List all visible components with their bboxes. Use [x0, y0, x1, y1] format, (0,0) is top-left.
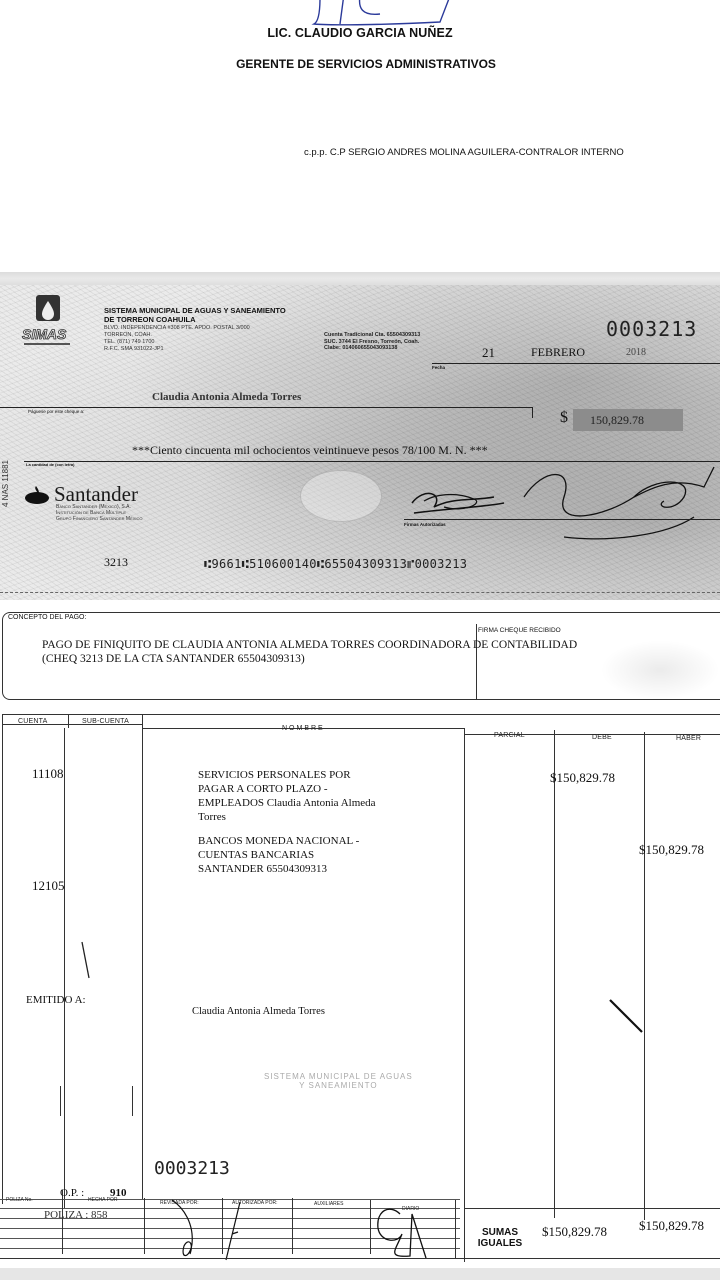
date-line [432, 363, 720, 364]
voucher-check-number: 0003213 [154, 1158, 230, 1179]
col-line [142, 714, 143, 1200]
total-haber: $150,829.78 [639, 1218, 704, 1234]
payee-label: Páguese por este cheque a: [28, 409, 84, 414]
date-day: 21 [482, 345, 495, 361]
amount-words-label: La cantidad de (con letra) [26, 462, 74, 467]
concept-label: CONCEPTO DEL PAGO: [8, 614, 86, 621]
op-label: O.P. : [60, 1187, 84, 1199]
col-line [554, 730, 555, 1218]
col-line [644, 732, 645, 1220]
table-top-border [2, 714, 720, 715]
page-bottom-edge [0, 1268, 720, 1280]
date-label: Fecha [432, 365, 445, 370]
col-line [64, 728, 65, 1208]
svg-text:SIMAS: SIMAS [22, 326, 67, 342]
poliza-no-label: POLIZA No. [6, 1197, 33, 1203]
row2-cuenta: 12105 [32, 878, 65, 894]
amount-numeric: 150,829.78 [590, 413, 644, 428]
payment-voucher: CONCEPTO DEL PAGO: FIRMA CHEQUE RECIBIDO… [0, 600, 720, 1280]
payee-name: Claudia Antonia Almeda Torres [152, 391, 301, 403]
totals-top-line [464, 1208, 720, 1209]
totals-left-line [464, 1208, 465, 1262]
currency-symbol: $ [560, 409, 568, 427]
carbon-copy-line: c.p.p. C.P SERGIO ANDRES MOLINA AGUILERA… [304, 147, 624, 158]
grid-line [132, 1086, 133, 1116]
micr-check-ref: 3213 [104, 555, 128, 570]
grid-col-line [455, 1200, 456, 1258]
issuer-logo: SIMAS [18, 293, 76, 353]
signer-name: LIC. CLAUDIO GARCIA NUÑEZ [0, 26, 720, 40]
watermark-seal [300, 470, 382, 522]
grid-line [60, 1086, 61, 1116]
total-debe: $150,829.78 [542, 1224, 607, 1240]
page-separator [0, 272, 720, 285]
signer-title: GERENTE DE SERVICIOS ADMINISTRATIVOS [0, 57, 720, 71]
pen-mark [80, 940, 92, 982]
issued-to-label: EMITIDO A: [26, 994, 86, 1006]
account-info: Cuenta Tradicional Cta. 65504309313 SUC.… [324, 332, 420, 352]
pen-mark [606, 996, 646, 1036]
bank-check: SIMAS SISTEMA MUNICIPAL DE AGUAS Y SANEA… [0, 285, 720, 600]
bank-legal: Banco Santander (México), S.A. Instituci… [56, 504, 143, 522]
header-nombre: NOMBRE [282, 725, 325, 732]
signatures-label: Firmas Autorizadas [404, 522, 446, 527]
col-line [68, 714, 69, 728]
faded-stamp: SISTEMA MUNICIPAL DE AGUAS Y SANEAMIENTO [264, 1072, 413, 1090]
perforation-line [0, 592, 720, 593]
voucher-bottom-border [0, 1258, 720, 1259]
issuer-address: BLVD. INDEPENDENCIA #308 PTE. APDO. POST… [104, 325, 284, 353]
header-debe: DEBE [592, 734, 612, 741]
signature-received-label: FIRMA CHEQUE RECIBIDO [478, 627, 561, 634]
col-line [2, 714, 3, 1204]
speckle-shade [600, 640, 720, 700]
check-number: 0003213 [606, 317, 697, 341]
row1-debe: $150,829.78 [550, 770, 615, 786]
row2-haber: $150,829.78 [639, 842, 704, 858]
grid-col-line [144, 1198, 145, 1254]
signature-line [404, 519, 720, 520]
row2-nombre: BANCOS MONEDA NACIONAL - CUENTAS BANCARI… [198, 834, 378, 876]
hecha-por-label: HECHA POR [88, 1197, 117, 1203]
header-subcuenta: SUB-CUENTA [82, 718, 129, 725]
authorized-signatures [404, 457, 720, 547]
santander-flame-icon [24, 484, 50, 504]
col-line [464, 728, 465, 1216]
approval-grid: POLIZA No. O.P. : 910 HECHA POR POLIZA :… [0, 1194, 460, 1254]
date-year: 2018 [626, 347, 646, 358]
approval-initials [150, 1194, 450, 1264]
row1-cuenta: 11108 [32, 766, 64, 782]
amount-in-words: ***Ciento cincuenta mil ochocientos vein… [132, 443, 488, 458]
poliza-number: POLIZA : 858 [44, 1209, 108, 1221]
header-cuenta: CUENTA [18, 718, 47, 725]
header-haber: HABER [676, 735, 701, 742]
sumas-iguales-label: SUMAS IGUALES [470, 1227, 530, 1249]
micr-line: ⑆9661⑆510600140⑆65504309313⑈0003213 [204, 557, 467, 571]
grid-col-line [62, 1190, 63, 1254]
issued-to-name: Claudia Antonia Almeda Torres [192, 1006, 325, 1017]
side-code: 4 NAS 11881 [1, 460, 10, 507]
header-parcial: PARCIAL [494, 732, 525, 739]
issuer-name: SISTEMA MUNICIPAL DE AGUAS Y SANEAMIENTO… [104, 307, 304, 324]
concept-text: PAGO DE FINIQUITO DE CLAUDIA ANTONIA ALM… [42, 638, 602, 666]
date-month: FEBRERO [531, 345, 585, 360]
row1-nombre: SERVICIOS PERSONALES POR PAGAR A CORTO P… [198, 768, 378, 824]
